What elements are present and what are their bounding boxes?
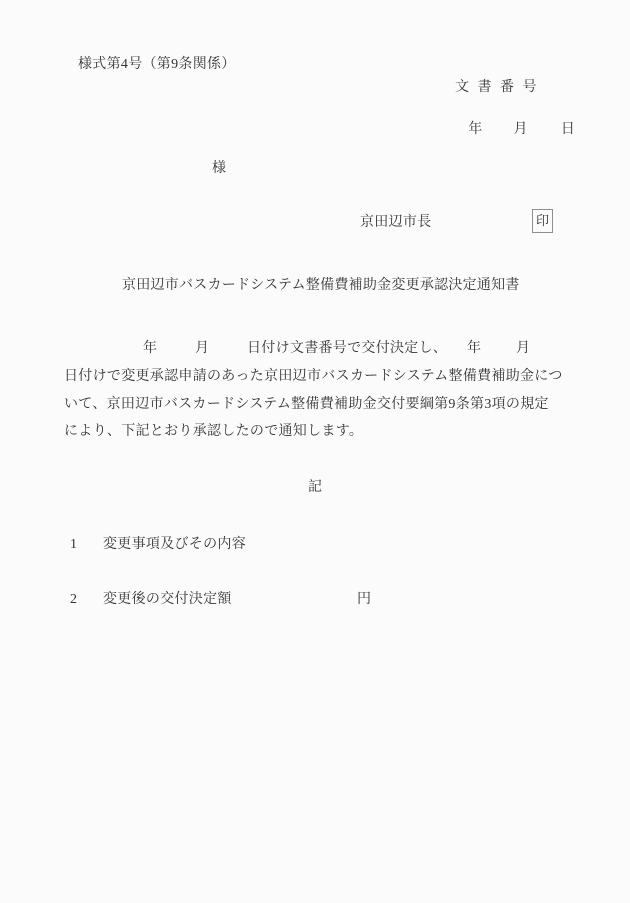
item-label: 変更事項及びその内容 (103, 537, 246, 554)
body-line-2: 日付けで変更承認申請のあった京田辺市バスカードシステム整備費補助金につ (64, 369, 563, 386)
item-number: 1 (70, 537, 77, 554)
seal-mark: 印 (536, 213, 549, 229)
document-title: 京田辺市バスカードシステム整備費補助金変更承認決定通知書 (122, 278, 520, 295)
body-line1-year2: 年 (467, 341, 481, 358)
item-unit-yen: 円 (357, 592, 371, 609)
addressee-honorific: 様 (212, 161, 226, 178)
date-year-label: 年 (468, 122, 482, 137)
body-line-4: により、下記とおり承認したので通知します。 (64, 424, 363, 441)
record-heading: 記 (308, 480, 322, 497)
list-item-2: 2 変更後の交付決定額 円 (0, 592, 630, 612)
document-number-label: 文書番号 (455, 80, 545, 97)
body-line1-month1: 月 (195, 341, 209, 358)
body-line-3: いて、京田辺市バスカードシステム整備費補助金交付要綱第9条第3項の規定 (64, 397, 549, 414)
sender-name: 京田辺市長 (360, 215, 432, 232)
body-line1-year1: 年 (143, 341, 157, 358)
body-line1-mid: 日付け文書番号で交付決定し、 (247, 341, 447, 358)
seal-box: 印 (532, 209, 553, 233)
form-number: 様式第4号（第9条関係） (78, 57, 236, 74)
issue-date-line: 年月日 (453, 105, 575, 155)
item-number: 2 (70, 592, 77, 609)
date-day-label: 日 (561, 122, 575, 137)
body-line1-month2: 月 (516, 341, 530, 358)
item-label: 変更後の交付決定額 (103, 592, 232, 609)
list-item-1: 1 変更事項及びその内容 (0, 537, 630, 557)
date-month-label: 月 (514, 122, 528, 137)
body-line-1: 年 月 日付け文書番号で交付決定し、 年 月 (0, 341, 630, 361)
notice-document-page: 様式第4号（第9条関係） 文書番号 年月日 様 京田辺市長 印 京田辺市バスカー… (0, 0, 630, 903)
